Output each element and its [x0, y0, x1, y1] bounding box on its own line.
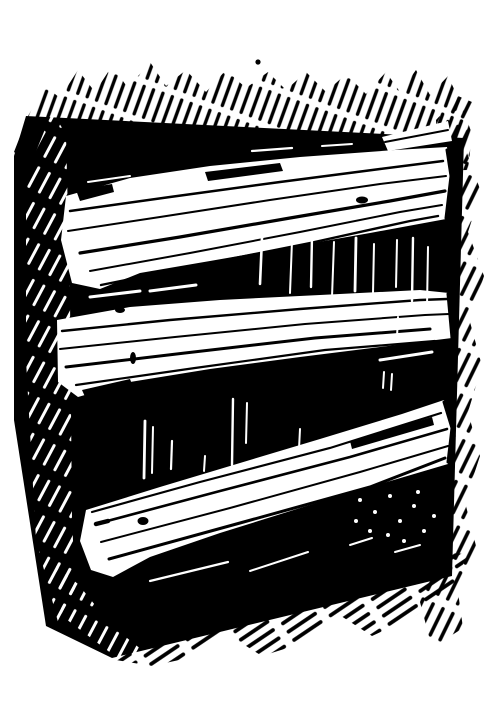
bottom-log-knot [138, 517, 149, 525]
middle-log-knot-2 [115, 307, 125, 313]
top-log-knot [356, 197, 368, 204]
middle-log-knot [130, 352, 136, 364]
illustration-canvas [0, 0, 491, 709]
logs-illustration: Black-and-white pen-and-ink woodcut-styl… [0, 0, 491, 709]
stray-ink-dot [255, 59, 260, 64]
